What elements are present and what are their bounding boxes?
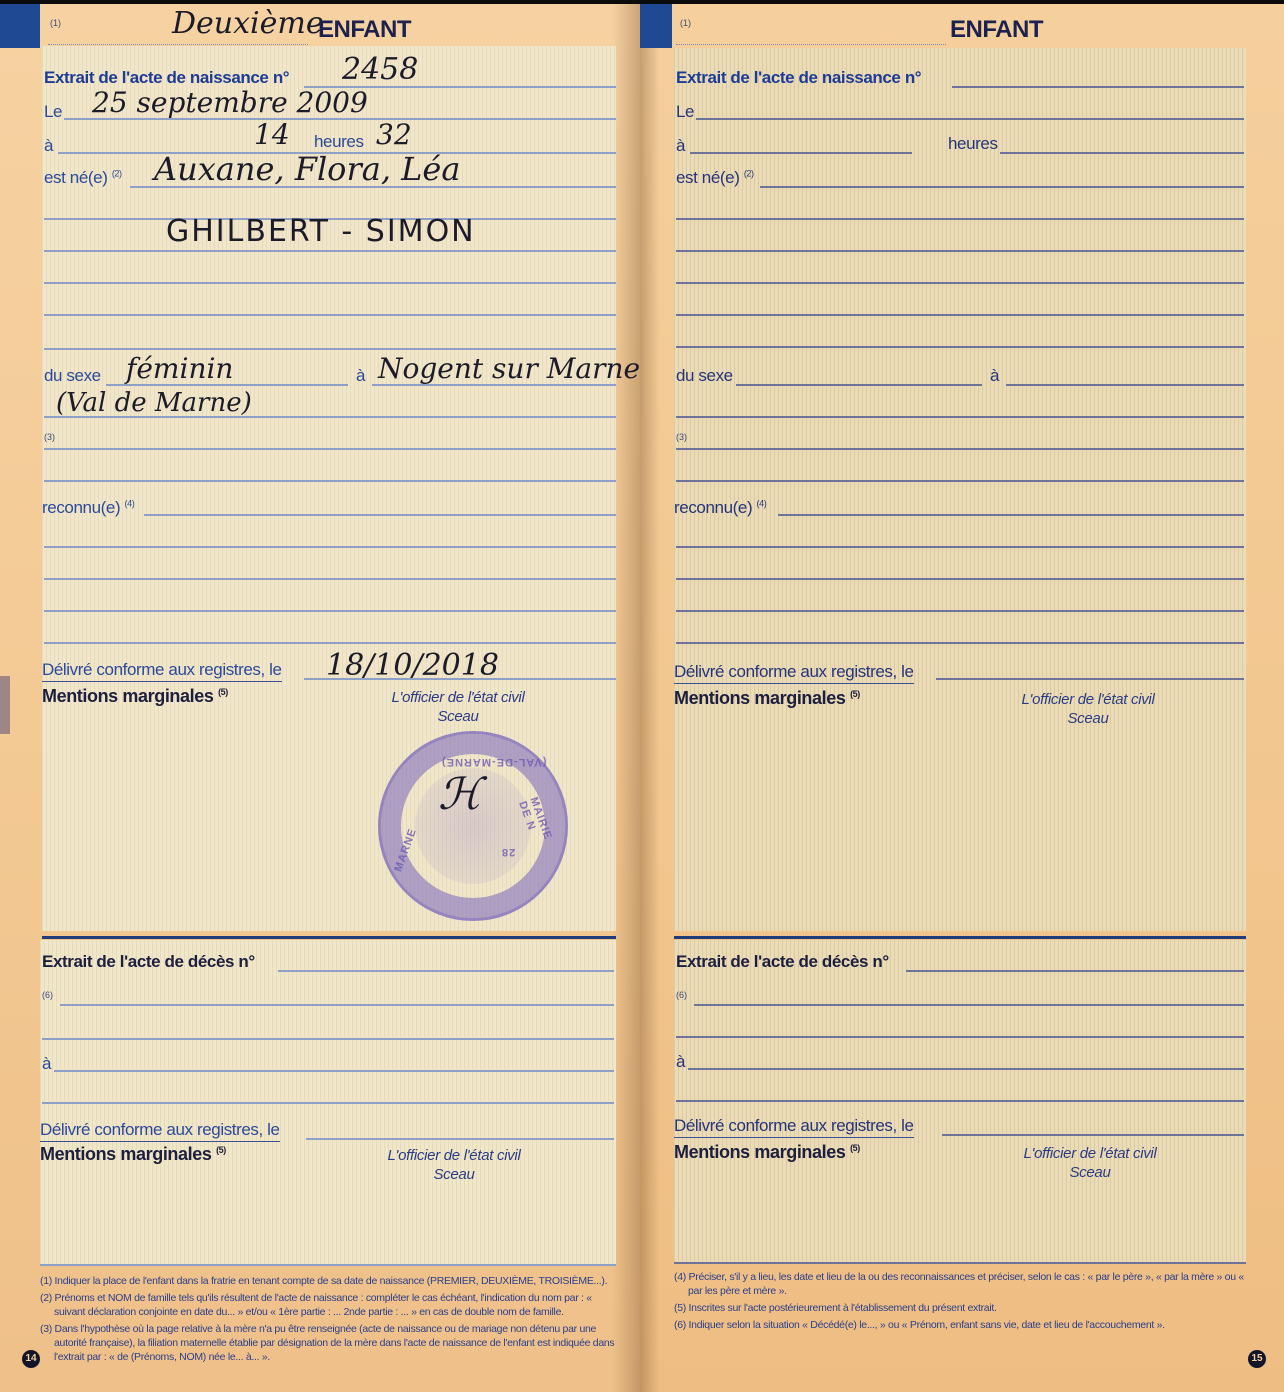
blue-corner-tab bbox=[0, 4, 40, 48]
time-line[interactable] bbox=[690, 152, 912, 154]
footnote-ref-2: (2) bbox=[112, 168, 122, 178]
place-at-label: à bbox=[356, 366, 365, 386]
page-title: ENFANT bbox=[318, 16, 411, 44]
names-line[interactable] bbox=[760, 186, 1244, 188]
birth-minutes-field[interactable]: 32 bbox=[376, 118, 412, 151]
page-title: ENFANT bbox=[950, 16, 1043, 44]
marginal-mentions-label: Mentions marginales (5) bbox=[674, 688, 860, 709]
rule-line bbox=[44, 642, 616, 644]
rule-line bbox=[676, 1036, 1244, 1038]
blue-corner-tab bbox=[640, 4, 672, 48]
place-field[interactable]: Nogent sur Marne bbox=[378, 352, 640, 385]
footnote-ref-3: (3) bbox=[676, 432, 687, 442]
side-bookmark-tab bbox=[0, 676, 10, 734]
rule-line bbox=[44, 480, 616, 482]
death-number-line bbox=[278, 970, 614, 972]
recognized-label: reconnu(e) (4) bbox=[42, 498, 134, 518]
gutter-shadow bbox=[640, 4, 660, 1392]
hours-label: heures bbox=[314, 132, 364, 152]
rule-line bbox=[676, 480, 1244, 482]
death-delivered-line[interactable] bbox=[942, 1134, 1244, 1136]
marginal-mentions-text: Mentions marginales bbox=[42, 686, 213, 706]
footnote-mark-1: (1) bbox=[680, 18, 691, 28]
sex-field[interactable]: féminin bbox=[126, 352, 233, 385]
rule-line bbox=[44, 546, 616, 548]
birth-number-field[interactable]: 2458 bbox=[342, 52, 418, 87]
seal-label: Sceau bbox=[374, 1165, 534, 1184]
rule-line bbox=[44, 578, 616, 580]
footnotes-right: (4) Préciser, s'il y a lieu, les date et… bbox=[674, 1270, 1246, 1335]
officer-signature: ℋ bbox=[438, 769, 481, 820]
date-label: Le bbox=[676, 102, 694, 122]
rule-line bbox=[676, 578, 1244, 580]
at-label: à bbox=[44, 136, 53, 156]
delivered-label: Délivré conforme aux registres, le bbox=[674, 662, 914, 684]
stamp-number: 28 bbox=[501, 846, 515, 858]
footnote-ref-5: (5) bbox=[218, 687, 228, 697]
date-line[interactable] bbox=[696, 118, 1244, 120]
rule-line bbox=[44, 416, 616, 418]
death-marginal-label: Mentions marginales (5) bbox=[674, 1142, 860, 1163]
footnote-ref-2: (2) bbox=[744, 168, 754, 178]
mairie-stamp: (VAL-DE-MARNE) MAIRIE DE N MARNE 28 bbox=[378, 731, 568, 921]
death-officer-block: L'officier de l'état civil Sceau bbox=[1010, 1144, 1170, 1182]
death-extract-panel: Extrait de l'acte de décès n° (6) à Déli… bbox=[674, 940, 1246, 1264]
born-label-text: est né(e) bbox=[676, 168, 740, 187]
seal-label: Sceau bbox=[378, 707, 538, 726]
date-label: Le bbox=[44, 102, 62, 122]
surname-field[interactable]: GHILBERT - SIMON bbox=[166, 214, 476, 249]
marginal-mentions-text: Mentions marginales bbox=[674, 688, 845, 708]
stamp-text-left: MARNE bbox=[392, 827, 419, 874]
rule-line bbox=[676, 416, 1244, 418]
page-number-badge: 14 bbox=[22, 1350, 40, 1368]
rule-line bbox=[44, 250, 616, 252]
footnote-1: (1) Indiquer la place de l'enfant dans l… bbox=[40, 1274, 616, 1288]
mother-line bbox=[676, 448, 1244, 450]
at-label: à bbox=[676, 136, 685, 156]
right-page: (1) ENFANT Extrait de l'acte de naissanc… bbox=[640, 4, 1284, 1392]
footnote-ref-4: (4) bbox=[757, 498, 767, 508]
born-label: est né(e) (2) bbox=[44, 168, 122, 188]
rule-line bbox=[676, 282, 1244, 284]
seal-label: Sceau bbox=[1010, 1163, 1170, 1182]
footnote-3: (3) Dans l'hypothèse où la page relative… bbox=[40, 1322, 616, 1364]
rule-line bbox=[44, 610, 616, 612]
death-marginal-text: Mentions marginales bbox=[674, 1142, 845, 1162]
rank-dotted-line bbox=[48, 44, 308, 45]
birth-extract-label: Extrait de l'acte de naissance n° bbox=[676, 68, 921, 88]
birth-hours-field[interactable]: 14 bbox=[254, 118, 290, 151]
footnotes-left: (1) Indiquer la place de l'enfant dans l… bbox=[40, 1274, 616, 1367]
recognized-label: reconnu(e) (4) bbox=[674, 498, 766, 518]
seal-label: Sceau bbox=[1008, 709, 1168, 728]
officer-block: L'officier de l'état civil Sceau bbox=[1008, 690, 1168, 728]
birth-extract-label: Extrait de l'acte de naissance n° bbox=[44, 68, 289, 88]
gutter-shadow bbox=[612, 4, 640, 1392]
delivered-date-field[interactable]: 18/10/2018 bbox=[326, 648, 499, 683]
marginal-mentions-label: Mentions marginales (5) bbox=[42, 686, 228, 707]
officer-label: L'officier de l'état civil bbox=[1010, 1144, 1170, 1163]
rule-line bbox=[42, 1038, 614, 1040]
section-separator bbox=[42, 936, 616, 939]
footnote-5: (5) Inscrites sur l'acte postérieurement… bbox=[674, 1301, 1246, 1315]
rule-line bbox=[42, 1102, 614, 1104]
death-place-line bbox=[54, 1070, 614, 1072]
recognized-line bbox=[144, 514, 616, 516]
rule-line bbox=[676, 314, 1244, 316]
panel-bottom-line bbox=[40, 1264, 616, 1266]
footnote-ref-4: (4) bbox=[125, 498, 135, 508]
rule-line bbox=[676, 610, 1244, 612]
footnote-ref-6: (6) bbox=[42, 990, 53, 1000]
section-separator bbox=[674, 936, 1246, 939]
death-place-line[interactable] bbox=[688, 1068, 1244, 1070]
place-field-continued[interactable]: (Val de Marne) bbox=[56, 388, 252, 418]
officer-label: L'officier de l'état civil bbox=[1008, 690, 1168, 709]
death-marginal-text: Mentions marginales bbox=[40, 1144, 211, 1164]
place-at-label: à bbox=[990, 366, 999, 386]
footnote-ref-6: (6) bbox=[676, 990, 687, 1000]
footnote-ref-5: (5) bbox=[850, 689, 860, 699]
rule-line bbox=[44, 282, 616, 284]
officer-label: L'officier de l'état civil bbox=[374, 1146, 534, 1165]
rule-line bbox=[676, 546, 1244, 548]
rule-line bbox=[676, 250, 1244, 252]
death-number-line[interactable] bbox=[906, 970, 1244, 972]
sex-label: du sexe bbox=[44, 366, 101, 386]
death-info-line bbox=[60, 1004, 614, 1006]
hours-label: heures bbox=[948, 134, 998, 154]
birth-number-line[interactable] bbox=[952, 86, 1244, 88]
birth-date-field[interactable]: 25 septembre 2009 bbox=[92, 86, 368, 119]
footnote-2: (2) Prénoms et NOM de famille tels qu'il… bbox=[40, 1291, 616, 1319]
death-extract-label: Extrait de l'acte de décès n° bbox=[42, 952, 255, 972]
birth-extract-panel: Extrait de l'acte de naissance n° Le à h… bbox=[674, 48, 1246, 931]
mother-line bbox=[44, 448, 616, 450]
stamp-text-top: (VAL-DE-MARNE) bbox=[441, 756, 546, 768]
death-delivered-label: Délivré conforme aux registres, le bbox=[40, 1120, 280, 1142]
rule-line bbox=[44, 348, 616, 350]
officer-label: L'officier de l'état civil bbox=[378, 688, 538, 707]
rule-line bbox=[676, 346, 1244, 348]
death-extract-label: Extrait de l'acte de décès n° bbox=[676, 952, 889, 972]
rank-dotted-line bbox=[676, 44, 946, 45]
death-at-label: à bbox=[42, 1054, 51, 1074]
recognized-label-text: reconnu(e) bbox=[42, 498, 120, 517]
recognized-label-text: reconnu(e) bbox=[674, 498, 752, 517]
sex-line[interactable] bbox=[736, 384, 982, 386]
footnote-4: (4) Préciser, s'il y a lieu, les date et… bbox=[674, 1270, 1246, 1298]
rule-line bbox=[676, 218, 1244, 220]
death-delivered-label: Délivré conforme aux registres, le bbox=[674, 1116, 914, 1138]
death-marginal-label: Mentions marginales (5) bbox=[40, 1144, 226, 1165]
page-number-badge: 15 bbox=[1248, 1350, 1266, 1368]
delivered-date-line[interactable] bbox=[936, 678, 1244, 680]
delivered-label: Délivré conforme aux registres, le bbox=[42, 660, 282, 682]
death-extract-panel: Extrait de l'acte de décès n° (6) à Déli… bbox=[40, 940, 616, 1266]
rule-line bbox=[44, 314, 616, 316]
born-label-text: est né(e) bbox=[44, 168, 108, 187]
born-label: est né(e) (2) bbox=[676, 168, 754, 188]
minutes-line[interactable] bbox=[1000, 152, 1244, 154]
footnote-ref-3: (3) bbox=[44, 432, 55, 442]
rule-line bbox=[676, 1100, 1244, 1102]
footnote-6: (6) Indiquer selon la situation « Décédé… bbox=[674, 1318, 1246, 1332]
recognized-line[interactable] bbox=[778, 514, 1244, 516]
sex-label: du sexe bbox=[676, 366, 733, 386]
death-at-label: à bbox=[676, 1052, 685, 1072]
footnote-ref-5: (5) bbox=[850, 1143, 860, 1153]
panel-bottom-line bbox=[674, 1262, 1246, 1264]
death-info-line[interactable] bbox=[694, 1004, 1244, 1006]
officer-block: L'officier de l'état civil Sceau bbox=[378, 688, 538, 726]
footnote-mark-1: (1) bbox=[50, 18, 61, 28]
footnote-ref-5: (5) bbox=[216, 1145, 226, 1155]
first-names-field[interactable]: Auxane, Flora, Léa bbox=[154, 150, 460, 188]
left-page: (1) Deuxième ENFANT Extrait de l'acte de… bbox=[0, 4, 640, 1392]
death-delivered-line bbox=[306, 1138, 614, 1140]
handwritten-rank[interactable]: Deuxième bbox=[172, 6, 324, 41]
rule-line bbox=[676, 642, 1244, 644]
death-officer-block: L'officier de l'état civil Sceau bbox=[374, 1146, 534, 1184]
place-line[interactable] bbox=[1006, 384, 1244, 386]
